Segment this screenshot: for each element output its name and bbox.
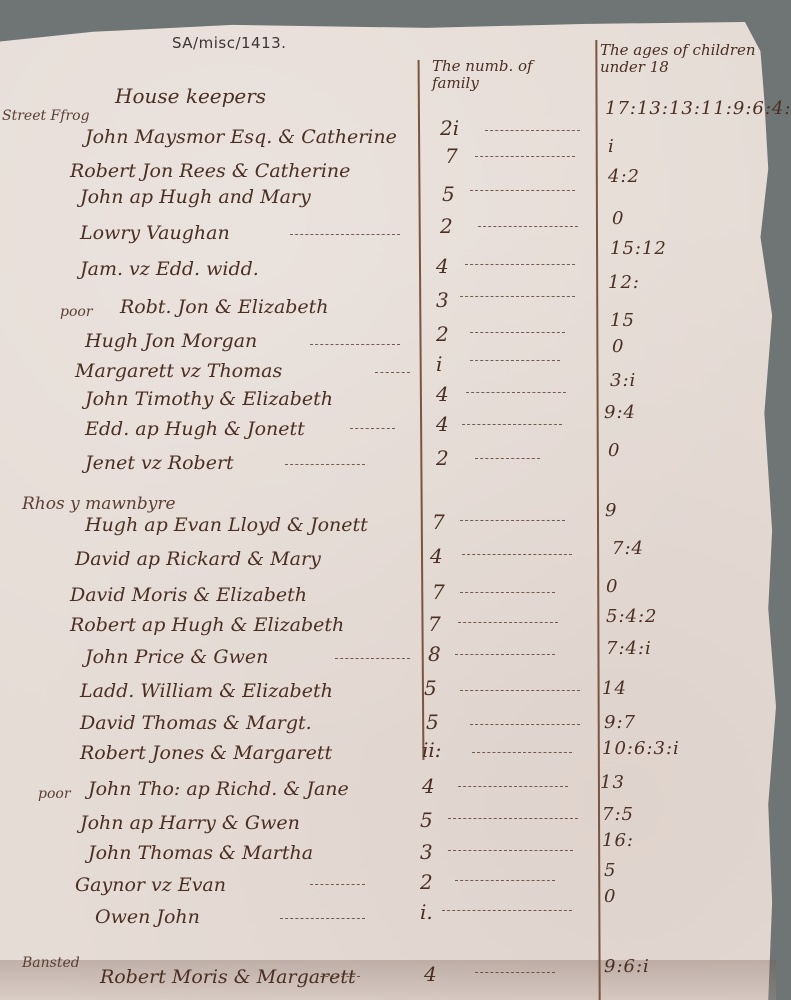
entry-count: 5 [426,710,439,734]
entry-count: 4 [436,412,449,436]
entry-count: ii: [422,738,442,762]
entry-count: 3 [436,288,449,312]
entry-ages: 16: [602,830,634,851]
leader-dashes [470,724,580,726]
entry-name: Hugh ap Evan Lloyd & Jonett [85,514,368,536]
entry-ages: 5:4:2 [606,606,658,627]
column-header-family-count: The numb. of family [432,58,582,92]
entry-name: Robert Jones & Margarett [80,742,332,764]
entry-prefix-poor: poor [60,304,93,320]
leader-dashes [470,360,560,362]
entry-ages: 15 [610,310,635,331]
entry-prefix-poor: poor [38,786,71,802]
column-header-children-ages: The ages of children under 18 [600,42,760,76]
leader-dashes [460,592,555,594]
entry-ages: 0 [612,336,624,357]
leader-dashes [455,880,555,882]
entry-name: John Tho: ap Richd. & Jane [88,778,349,800]
section-header: House keepers [115,84,266,108]
entry-ages: 9:6:i [604,956,650,977]
leader-dashes [335,658,410,660]
entry-name: David ap Rickard & Mary [75,548,321,570]
leader-dashes [475,972,555,974]
entry-count: 4 [424,962,437,986]
entry-ages: 0 [612,208,624,229]
entry-ages: 7:4 [612,538,644,559]
leader-dashes [478,226,578,228]
leader-dashes [375,372,410,374]
entry-ages: 14 [602,678,627,699]
leader-dashes [460,296,575,298]
entry-ages: 12: [608,272,640,293]
entry-ages: 0 [604,886,616,907]
entry-ages: 4:2 [608,166,640,187]
entry-name: David Moris & Elizabeth [70,584,307,606]
entry-name: Robert ap Hugh & Elizabeth [70,614,344,636]
leader-dashes [462,554,572,556]
margin-note-rhos-y-mawnbyre: Rhos y mawnbyre [22,494,176,514]
entry-name: Robert Jon Rees & Catherine [70,160,350,182]
entry-count: i. [420,900,433,924]
entry-count: 4 [422,774,435,798]
entry-count: i [436,352,442,376]
archive-reference: SA/misc/1413. [172,34,286,52]
leader-dashes [448,818,578,820]
entry-name: Robt. Jon & Elizabeth [120,296,329,318]
entry-ages: 17:13:13:11:9:6:4:3 [605,98,791,119]
leader-dashes [280,918,365,920]
entry-name: Jam. vz Edd. widd. [80,258,259,280]
entry-name: John ap Harry & Gwen [80,812,300,834]
leader-dashes [460,520,565,522]
entry-name: Jenet vz Robert [85,452,234,474]
entry-ages: 3:i [610,370,636,391]
entry-count: 5 [420,808,433,832]
leader-dashes [485,130,580,132]
entry-ages: i [608,136,615,157]
leader-dashes [458,622,558,624]
entry-count: 7 [428,612,441,636]
entry-name: Edd. ap Hugh & Jonett [85,418,305,440]
entry-name: Gaynor vz Evan [75,874,226,896]
entry-ages: 0 [606,576,618,597]
leader-dashes [470,190,575,192]
entry-ages: 7:5 [602,804,634,825]
entry-name: Owen John [95,906,200,928]
leader-dashes [310,884,365,886]
entry-count: 3 [420,840,433,864]
margin-note-bansted: Bansted [22,955,80,971]
entry-count: 2i [440,116,459,140]
entry-ages: 0 [608,440,620,461]
entry-count: 4 [430,544,443,568]
entry-name: Hugh Jon Morgan [85,330,257,352]
entry-ages: 5 [604,860,616,881]
leader-dashes [285,464,365,466]
leader-dashes [350,428,395,430]
entry-ages: 9:4 [604,402,636,423]
leader-dashes [448,850,573,852]
entry-count: 2 [436,322,449,346]
entry-ages: 7:4:i [606,638,652,659]
entry-name: Ladd. William & Elizabeth [80,680,333,702]
entry-name: John ap Hugh and Mary [80,186,311,208]
entry-name: Margarett vz Thomas [75,360,282,382]
entry-ages: 9:7 [604,712,636,733]
leader-dashes [458,786,568,788]
leader-dashes [310,344,400,346]
entry-count: 7 [432,580,445,604]
leader-dashes [466,392,566,394]
entry-count: 7 [432,510,445,534]
entry-count: 4 [436,382,449,406]
entry-name: John Thomas & Martha [88,842,313,864]
entry-count: 2 [420,870,433,894]
entry-name: John Price & Gwen [85,646,268,668]
entry-ages: 15:12 [610,238,667,259]
leader-dashes [290,234,400,236]
entry-name: Robert Moris & Margarett [100,966,356,988]
margin-note-street-ffrog: Street Ffrog [2,108,90,124]
leader-dashes [320,976,360,978]
entry-count: 2 [436,446,449,470]
entry-name: Lowry Vaughan [80,222,230,244]
entry-count: 7 [445,144,458,168]
leader-dashes [475,156,575,158]
entry-ages: 13 [600,772,625,793]
leader-dashes [455,654,555,656]
entry-count: 2 [440,214,453,238]
entry-count: 5 [424,676,437,700]
leader-dashes [442,910,572,912]
leader-dashes [462,424,562,426]
entry-count: 5 [442,182,455,206]
entry-name: John Maysmor Esq. & Catherine [85,126,397,148]
leader-dashes [465,264,575,266]
leader-dashes [470,332,565,334]
entry-name: David Thomas & Margt. [80,712,312,734]
entry-name: John Timothy & Elizabeth [85,388,333,410]
entry-ages: 10:6:3:i [602,738,680,759]
entry-ages: 9 [605,500,617,521]
leader-dashes [475,458,540,460]
leader-dashes [472,752,572,754]
entry-count: 4 [436,254,449,278]
leader-dashes [460,690,580,692]
entry-count: 8 [428,642,441,666]
